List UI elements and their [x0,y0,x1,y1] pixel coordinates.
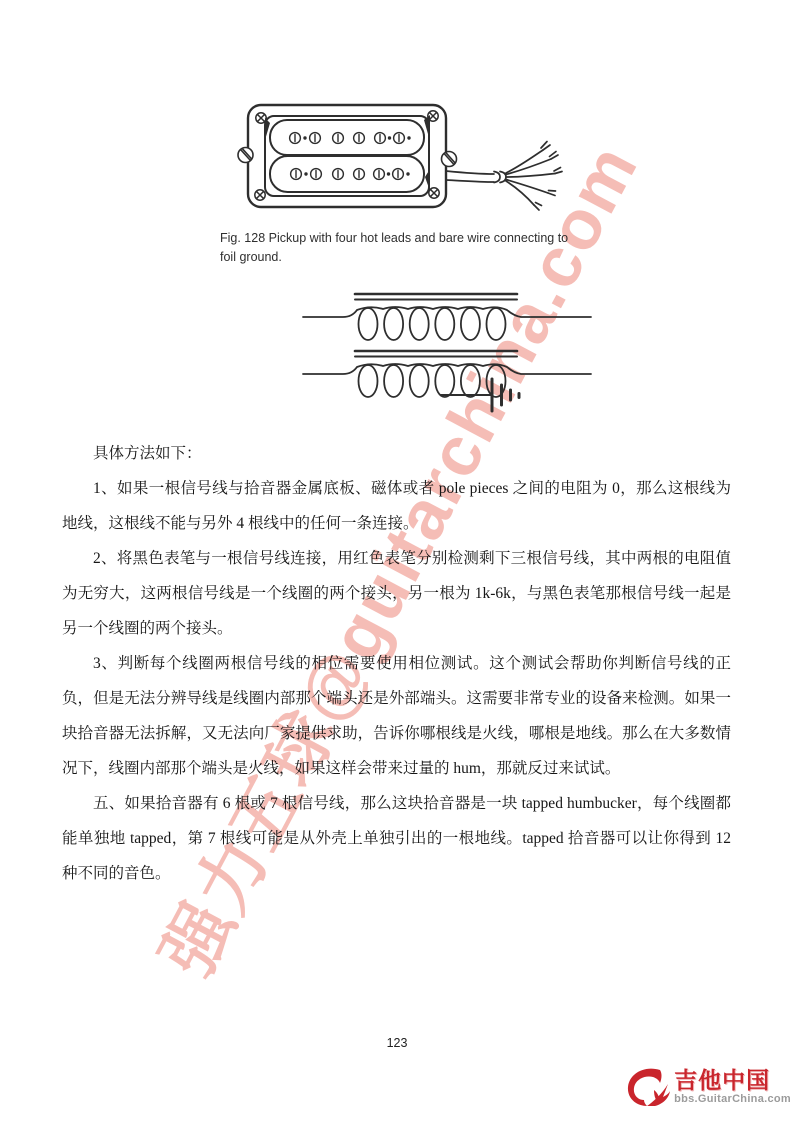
paragraph-1: 1、如果一根信号线与拾音器金属底板、磁体或者 pole pieces 之间的电阻… [62,471,731,541]
coil-schematic-figure [293,283,603,423]
dragon-icon [624,1064,670,1110]
logo-title: 吉他中国 [674,1069,791,1092]
humbucker-pickup-drawing [228,95,573,245]
document-page: 强力五球@guitarchina.com [0,0,794,1123]
page-number: 123 [0,1036,794,1050]
logo-subtitle: bbs.GuitarChina.com [674,1094,791,1105]
body-text: 具体方法如下： 1、如果一根信号线与拾音器金属底板、磁体或者 pole piec… [62,436,731,891]
paragraph-3: 3、判断每个线圈两根信号线的相位需要使用相位测试。这个测试会帮助你判断信号线的正… [62,646,731,786]
humbucker-pickup-figure [228,95,573,245]
figure-caption: Fig. 128 Pickup with four hot leads and … [220,229,572,268]
paragraph-intro: 具体方法如下： [62,436,731,471]
guitarchina-logo: 吉他中国 bbs.GuitarChina.com [624,1064,791,1110]
coil-schematic-drawing [293,283,603,423]
paragraph-5: 五、如果拾音器有 6 根或 7 根信号线，那么这块拾音器是一块 tapped h… [62,786,731,891]
paragraph-2: 2、将黑色表笔与一根信号线连接，用红色表笔分别检测剩下三根信号线，其中两根的电阻… [62,541,731,646]
